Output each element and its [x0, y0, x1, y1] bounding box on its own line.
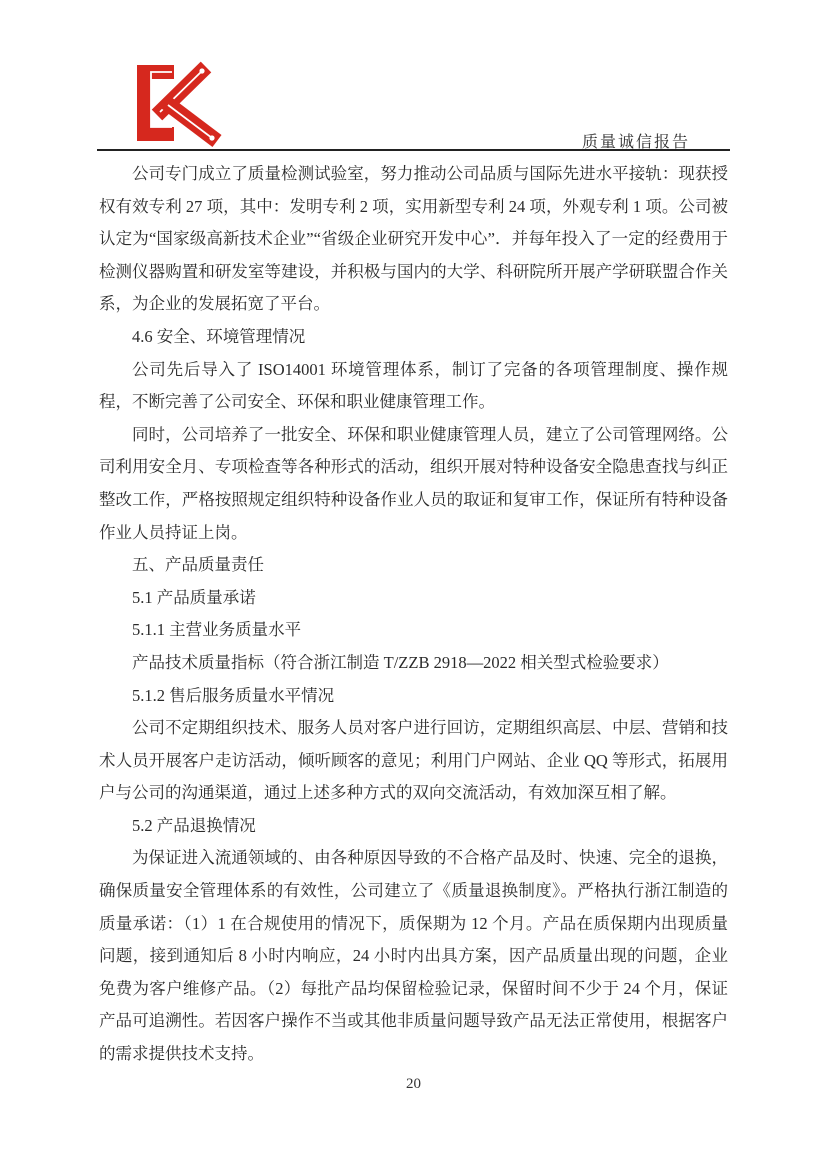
section-heading: 5.1.2 售后服务质量水平情况	[99, 680, 728, 713]
section-heading: 产品技术质量指标（符合浙江制造 T/ZZB 2918—2022 相关型式检验要求…	[99, 647, 728, 680]
page-number: 20	[0, 1076, 827, 1093]
section-heading: 5.1 产品质量承诺	[99, 582, 728, 615]
section-heading: 5.2 产品退换情况	[99, 810, 728, 843]
section-heading: 4.6 安全、环境管理情况	[99, 321, 728, 354]
paragraph: 为保证进入流通领域的、由各种原因导致的不合格产品及时、快速、完全的退换，确保质量…	[99, 842, 728, 1070]
paragraph: 公司专门成立了质量检测试验室，努力推动公司品质与国际先进水平接轨：现获授权有效专…	[99, 158, 728, 321]
paragraph: 公司先后导入了 ISO14001 环境管理体系，制订了完备的各项管理制度、操作规…	[99, 354, 728, 419]
paragraph: 公司不定期组织技术、服务人员对客户进行回访，定期组织高层、中层、营销和技术人员开…	[99, 712, 728, 810]
section-heading: 5.1.1 主营业务质量水平	[99, 614, 728, 647]
paragraph: 同时，公司培养了一批安全、环保和职业健康管理人员，建立了公司管理网络。公司利用安…	[99, 419, 728, 549]
document-body: 公司专门成立了质量检测试验室，努力推动公司品质与国际先进水平接轨：现获授权有效专…	[99, 158, 728, 1071]
report-page: 质量诚信报告 公司专门成立了质量检测试验室，努力推动公司品质与国际先进水平接轨：…	[0, 0, 827, 1169]
company-logo-icon	[124, 57, 236, 149]
header-rule	[97, 149, 730, 151]
section-heading: 五、产品质量责任	[99, 549, 728, 582]
